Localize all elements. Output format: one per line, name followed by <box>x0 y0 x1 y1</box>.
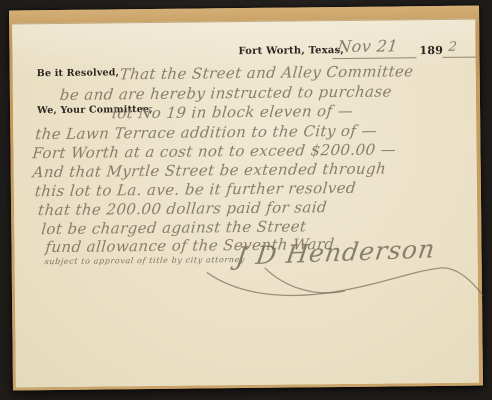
handwriting-line: that the 200.00 dollars paid for said <box>37 198 328 219</box>
handwriting-line: be and are hereby instructed to purchase <box>59 82 393 103</box>
pencil-note: subject to approval of title by city att… <box>44 255 245 266</box>
backing-sheet: Fort Worth, Texas, Nov 21 189 2 Be it Re… <box>9 6 483 391</box>
printed-year-prefix: 189 <box>419 44 443 57</box>
handwriting-line: That the Street and Alley Committee <box>119 62 415 83</box>
handwriting-line: Fort Worth at a cost not to exceed $200.… <box>32 140 397 162</box>
handwriting-line: this lot to La. ave. be it further resol… <box>34 179 357 200</box>
handwritten-date: Nov 21 <box>337 36 399 56</box>
year-underline <box>443 57 476 58</box>
handwriting-line: the Lawn Terrace addition to the City of… <box>34 122 377 144</box>
date-underline <box>333 57 417 59</box>
printed-place-line: Fort Worth, Texas, <box>238 45 344 57</box>
signature: J D Henderson <box>234 234 437 270</box>
handwriting-line: lot No 19 in block eleven of — <box>111 102 354 123</box>
scan-background: Fort Worth, Texas, Nov 21 189 2 Be it Re… <box>0 0 492 400</box>
handwritten-year-digit: 2 <box>448 40 458 55</box>
handwriting-line: And that Myrtle Street be extended throu… <box>32 160 387 182</box>
be-it-resolved-label: Be it Resolved, <box>37 67 120 79</box>
resolution-form-paper: Fort Worth, Texas, Nov 21 189 2 Be it Re… <box>12 19 479 388</box>
